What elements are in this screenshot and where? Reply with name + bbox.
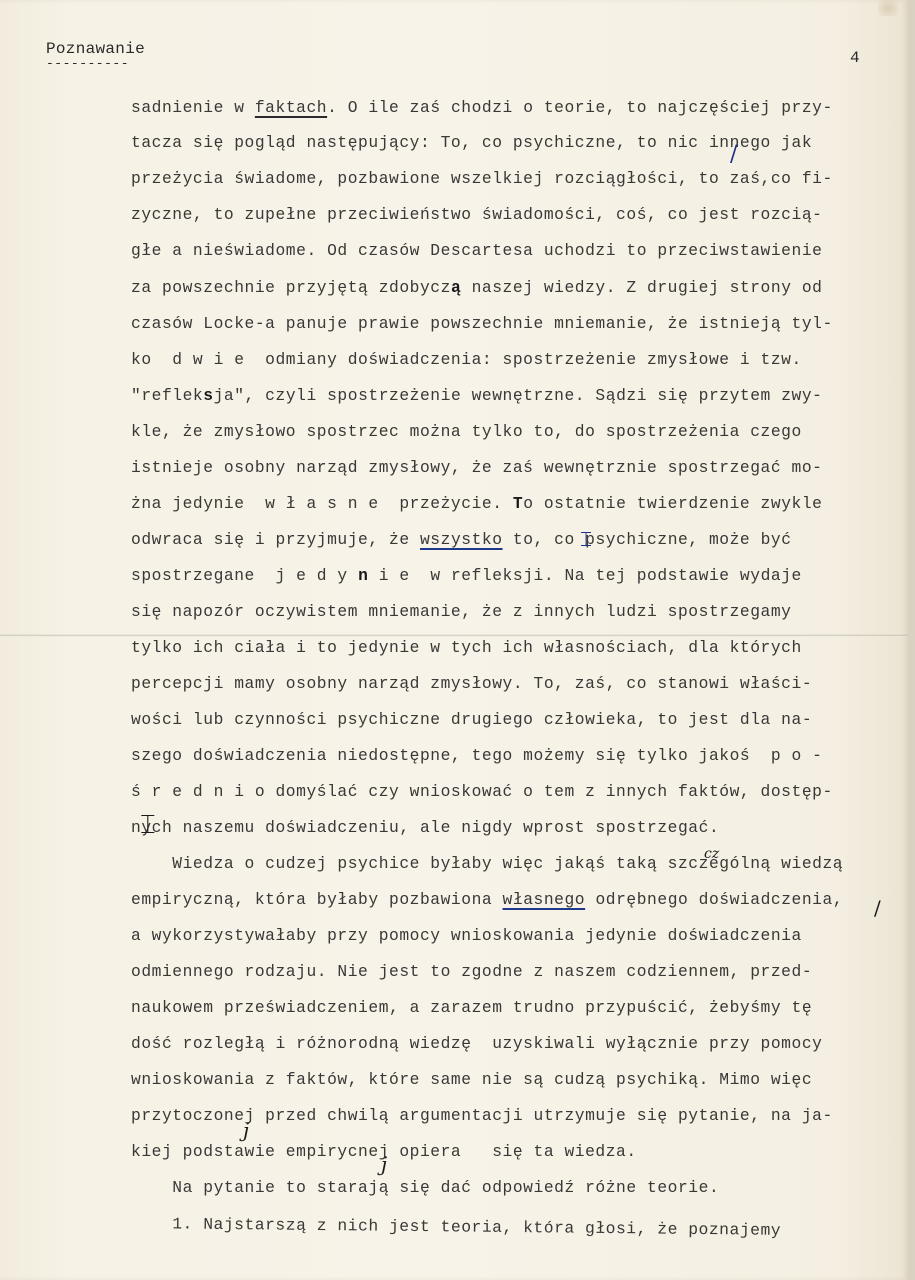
text-emphasis: T	[513, 494, 523, 513]
text-segment: kle, że zmysłowo spostrzec można tylko t…	[131, 422, 802, 441]
text-segment: naukowem przeświadczeniem, a zarazem tru…	[131, 998, 812, 1017]
text-segment: . O ile zaś chodzi o teorie, to najczęśc…	[327, 98, 833, 117]
text-line: żna jedynie w ł a s n e przeżycie. To os…	[131, 494, 822, 514]
text-emphasis: s	[203, 386, 213, 405]
text-line: naukowem przeświadczeniem, a zarazem tru…	[131, 998, 812, 1018]
text-segment: szego doświadczenia niedostępne, tego mo…	[131, 746, 822, 765]
text-emphasis: faktach	[255, 98, 327, 117]
handwritten-comma-mark: /	[874, 896, 881, 920]
text-emphasis: ą	[451, 278, 461, 297]
text-line: ś r e d n i o domyślać czy wnioskować o …	[131, 782, 833, 802]
handwritten-insert-mark-blue: ⌶	[580, 527, 592, 551]
text-line: się napozór oczywistem mniemanie, że z i…	[131, 602, 792, 622]
handwritten-insert-mark: ⌶	[140, 810, 156, 841]
paper-stain	[878, 0, 898, 16]
text-emphasis: n	[358, 566, 368, 585]
text-line: a wykorzystywałaby przy pomocy wnioskowa…	[131, 926, 802, 946]
text-line: dość rozległą i różnorodną wiedzę uzyski…	[131, 1034, 822, 1054]
handwritten-correction-j-2: j	[381, 1152, 387, 1176]
text-line: empiryczną, która byłaby pozbawiona włas…	[131, 890, 843, 910]
text-line: wnioskowania z faktów, które same nie są…	[131, 1070, 812, 1090]
text-line: za powszechnie przyjętą zdobyczą naszej …	[131, 278, 822, 298]
text-segment: i e w refleksji. Na tej podstawie wydaje	[368, 566, 801, 585]
text-line: spostrzegane j e d y n i e w refleksji. …	[131, 566, 802, 586]
text-segment: odwraca się i przyjmuje, że	[131, 530, 420, 549]
paper-edge	[908, 0, 915, 1280]
text-line: nych naszemu doświadczeniu, ale nigdy wp…	[131, 818, 719, 838]
text-line: "refleksja", czyli spostrzeżenie wewnętr…	[131, 386, 822, 406]
text-segment: spostrzegane j e d y	[131, 566, 358, 585]
text-segment: zyczne, to zupełne przeciwieństwo świado…	[131, 205, 822, 224]
text-segment: tacza się pogląd następujący: To, co psy…	[131, 133, 812, 152]
paper-fold-crease	[0, 634, 908, 637]
text-segment: Wiedza o cudzej psychice byłaby więc jak…	[131, 854, 843, 873]
text-line: zyczne, to zupełne przeciwieństwo świado…	[131, 205, 822, 225]
text-segment: sadnienie w	[131, 98, 255, 117]
text-segment: czasów Locke-a panuje prawie powszechnie…	[131, 314, 833, 333]
text-segment: tylko ich ciała i to jedynie w tych ich …	[131, 638, 802, 657]
title-underline-rule: ----------	[46, 56, 129, 71]
text-emphasis: własnego	[503, 890, 586, 909]
text-line: Na pytanie to starają się dać odpowiedź …	[131, 1178, 719, 1198]
text-emphasis: wszystko	[420, 530, 503, 549]
handwritten-slash-mark: /	[730, 142, 737, 167]
text-segment: dość rozległą i różnorodną wiedzę uzyski…	[131, 1034, 822, 1053]
text-line: 1. Najstarszą z nich jest teoria, która …	[131, 1214, 781, 1241]
document-page: Poznawanie ---------- 4 sadnienie w fakt…	[0, 0, 908, 1280]
text-segment: odmiennego rodzaju. Nie jest to zgodne z…	[131, 962, 812, 981]
text-line: wości lub czynności psychiczne drugiego …	[131, 710, 812, 730]
text-segment: przytoczonej przed chwilą argumentacji u…	[131, 1106, 833, 1125]
text-line: odwraca się i przyjmuje, że wszystko to,…	[131, 530, 792, 550]
text-segment: "reflek	[131, 386, 203, 405]
text-line: kle, że zmysłowo spostrzec można tylko t…	[131, 422, 802, 442]
text-segment: głe a nieświadome. Od czasów Descartesa …	[131, 241, 822, 260]
text-line: tacza się pogląd następujący: To, co psy…	[131, 133, 812, 153]
text-segment: wości lub czynności psychiczne drugiego …	[131, 710, 812, 729]
text-line: przytoczonej przed chwilą argumentacji u…	[131, 1106, 833, 1126]
handwritten-correction-j: j	[243, 1118, 249, 1142]
text-segment: percepcji mamy osobny narząd zmysłowy. T…	[131, 674, 812, 693]
page-number: 4	[850, 49, 860, 67]
handwritten-correction-cz: cz	[704, 846, 719, 862]
text-line: ko d w i e odmiany doświadczenia: spostr…	[131, 350, 802, 370]
text-line: istnieje osobny narząd zmysłowy, że zaś …	[131, 458, 822, 478]
text-line: głe a nieświadome. Od czasów Descartesa …	[131, 241, 822, 261]
text-line: percepcji mamy osobny narząd zmysłowy. T…	[131, 674, 812, 694]
text-segment: ja", czyli spostrzeżenie wewnętrzne. Sąd…	[214, 386, 823, 405]
text-line: sadnienie w faktach. O ile zaś chodzi o …	[131, 98, 833, 118]
text-line: Wiedza o cudzej psychice byłaby więc jak…	[131, 854, 843, 874]
text-segment: a wykorzystywałaby przy pomocy wnioskowa…	[131, 926, 802, 945]
text-segment: za powszechnie przyjętą zdobycz	[131, 278, 451, 297]
text-segment: ś r e d n i o domyślać czy wnioskować o …	[131, 782, 833, 801]
text-segment: żna jedynie w ł a s n e przeżycie.	[131, 494, 513, 513]
text-segment: istnieje osobny narząd zmysłowy, że zaś …	[131, 458, 822, 477]
text-segment: Na pytanie to starają się dać odpowiedź …	[131, 1178, 719, 1197]
text-segment: to, co psychiczne, może być	[503, 530, 792, 549]
text-segment: ko d w i e odmiany doświadczenia: spostr…	[131, 350, 802, 369]
text-segment: empiryczną, która byłaby pozbawiona	[131, 890, 503, 909]
text-segment: nych naszemu doświadczeniu, ale nigdy wp…	[131, 818, 719, 837]
text-segment: naszej wiedzy. Z drugiej strony od	[461, 278, 822, 297]
text-line: czasów Locke-a panuje prawie powszechnie…	[131, 314, 833, 334]
text-line: odmiennego rodzaju. Nie jest to zgodne z…	[131, 962, 812, 982]
text-line: szego doświadczenia niedostępne, tego mo…	[131, 746, 822, 766]
text-segment: o ostatnie twierdzenie zwykle	[523, 494, 822, 513]
text-line: przeżycia świadome, pozbawione wszelkiej…	[131, 169, 833, 189]
text-segment: się napozór oczywistem mniemanie, że z i…	[131, 602, 792, 621]
text-line: tylko ich ciała i to jedynie w tych ich …	[131, 638, 802, 658]
text-segment: odrębnego doświadczenia,	[585, 890, 843, 909]
text-segment: wnioskowania z faktów, które same nie są…	[131, 1070, 812, 1089]
text-segment: 1. Najstarszą z nich jest teoria, która …	[131, 1214, 781, 1240]
text-segment: przeżycia świadome, pozbawione wszelkiej…	[131, 169, 833, 188]
